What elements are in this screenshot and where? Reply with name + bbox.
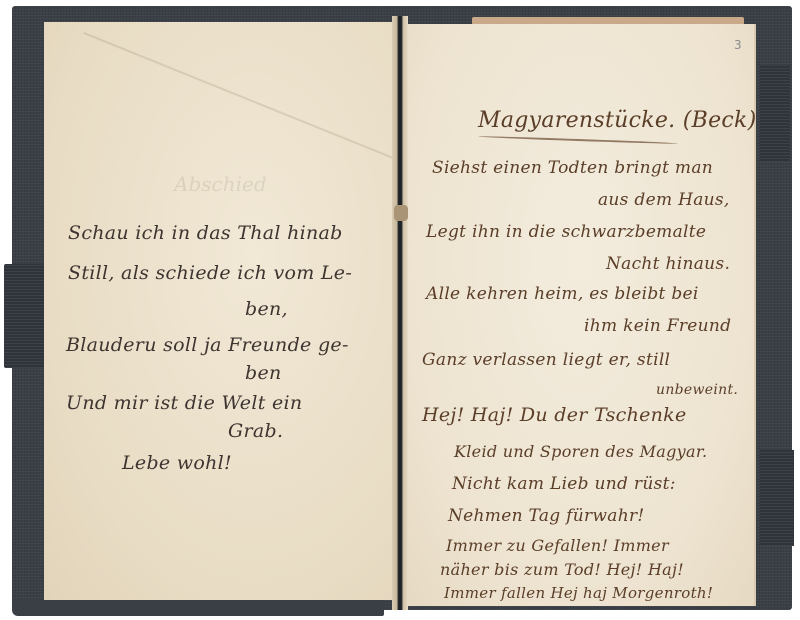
page-number: 3 (734, 38, 742, 52)
binding-stitch (394, 205, 408, 221)
right-line-5: Alle kehren heim, es bleibt bei (426, 284, 699, 304)
left-line-4: Blauderu soll ja Freunde ge- (66, 334, 349, 356)
left-line-6: Und mir ist die Welt ein (66, 392, 302, 414)
right-line-12: Nehmen Tag fürwahr! (448, 506, 645, 526)
right-line-10: Kleid und Sporen des Magyar. (454, 442, 707, 461)
notebook-cover-edge (12, 598, 384, 616)
left-page: Abschied (44, 22, 394, 600)
right-line-4: Nacht hinaus. (606, 254, 730, 274)
left-elastic-strap (4, 264, 44, 368)
right-line-9: Hej! Haj! Du der Tschenke (422, 404, 687, 426)
left-line-2: Still, als schiede ich vom Le- (68, 262, 352, 284)
right-line-7: Ganz verlassen liegt er, still (422, 350, 670, 370)
right-line-15: Immer fallen Hej haj Morgenroth! (444, 584, 713, 602)
right-line-11: Nicht kam Lieb und rüst: (452, 474, 676, 494)
left-line-1: Schau ich in das Thal hinab (68, 222, 343, 244)
right-line-6: ihm kein Freund (584, 316, 731, 336)
right-line-13: Immer zu Gefallen! Immer (446, 536, 669, 555)
left-line-3: ben, (245, 298, 288, 320)
left-line-7: Grab. (228, 420, 283, 442)
right-top-elastic-strap (760, 66, 790, 162)
right-line-14: näher bis zum Tod! Hej! Haj! (440, 560, 684, 579)
right-line-8: unbeweint. (656, 382, 738, 398)
poem-title: Magyarenstücke. (Beck) (478, 108, 757, 133)
right-line-1: Siehst einen Todten bringt man (432, 158, 713, 178)
right-line-2: aus dem Haus, (598, 190, 730, 210)
right-bottom-elastic-strap (760, 450, 794, 546)
right-line-3: Legt ihn in die schwarzbemalte (426, 222, 706, 242)
left-line-8: Lebe wohl! (122, 452, 232, 474)
left-line-5: ben (245, 362, 282, 384)
bleed-through-text: Abschied (174, 172, 267, 196)
spine (392, 16, 408, 610)
